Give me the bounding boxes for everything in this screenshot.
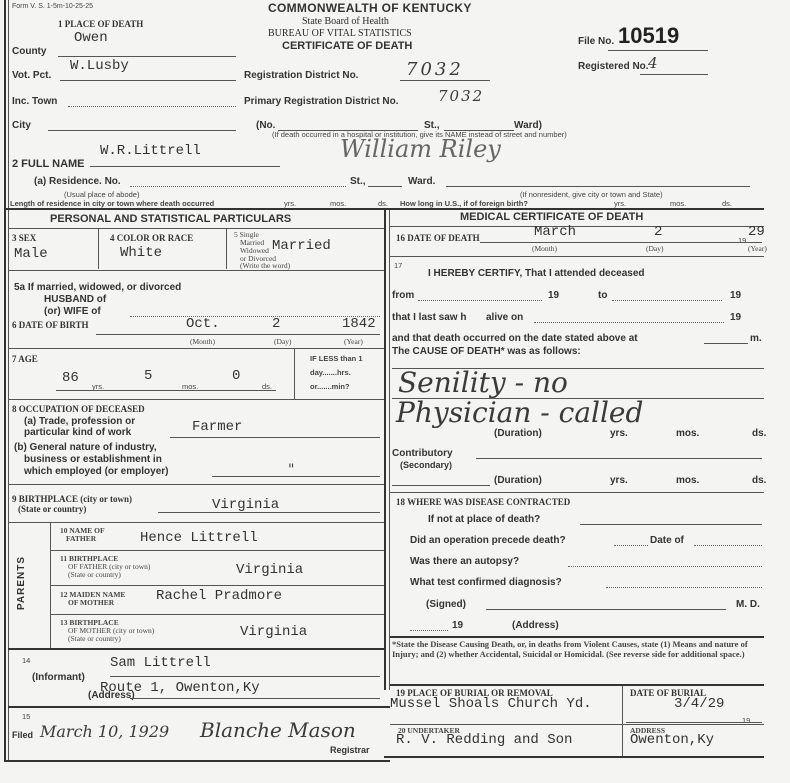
cause-duration-yrs: yrs.	[610, 428, 628, 439]
autopsy-label: Was there an autopsy?	[410, 556, 519, 567]
dob-label: 6 DATE OF BIRTH	[12, 320, 88, 330]
father-bp-label-3: (State or country)	[68, 570, 121, 579]
not-at-place-label: If not at place of death?	[428, 514, 540, 525]
birthplace-label-2: (State or country)	[18, 504, 86, 514]
to-line	[612, 300, 722, 301]
file-no-value: 10519	[618, 23, 679, 49]
contributory-line	[476, 458, 762, 459]
document-bottom-rule	[4, 760, 390, 762]
date-of-label: Date of	[650, 535, 684, 546]
informant-bottom-rule	[8, 706, 390, 708]
informant-label: (Informant)	[32, 672, 85, 683]
burial-date-value: 3/4/29	[674, 696, 724, 712]
mother-name-value: Rachel Pradmore	[156, 588, 282, 604]
contrib-duration-mos: mos.	[676, 475, 699, 486]
birthplace-row-rule	[8, 522, 384, 523]
registered-no-value: 4	[648, 54, 658, 72]
dob-year: 1842	[342, 316, 376, 332]
from-line	[418, 300, 542, 301]
personal-section-title: PERSONAL AND STATISTICAL PARTICULARS	[50, 213, 291, 225]
from-label: from	[392, 290, 414, 301]
birthplace-value: Virginia	[212, 497, 279, 513]
full-name-handwritten: William Riley	[340, 135, 501, 163]
filed-label: Filed	[12, 730, 33, 740]
header-bottom-rule	[4, 208, 764, 210]
dob-row-rule	[8, 348, 384, 349]
mother-name-label-2: OF MOTHER	[68, 598, 114, 607]
sex-value: Male	[14, 246, 48, 262]
trade-label-2: particular kind of work	[24, 427, 131, 438]
dod-month-sub: (Month)	[532, 244, 557, 253]
informant-name: Sam Littrell	[110, 655, 211, 671]
dod-month: March	[534, 224, 576, 240]
center-divider-inner	[389, 208, 390, 690]
burial-bottom-rule	[384, 756, 764, 758]
reg-district-line	[400, 80, 490, 81]
signed-label: (Signed)	[426, 599, 466, 610]
medical-section-title: MEDICAL CERTIFICATE OF DEATH	[460, 211, 643, 223]
city-label: City	[12, 120, 31, 131]
residence-label: (a) Residence. No.	[34, 176, 121, 187]
reg-district-label: Registration District No.	[244, 70, 358, 81]
foreign-yrs: yrs.	[614, 199, 626, 208]
full-name-label: 2 FULL NAME	[12, 158, 85, 170]
sex-divider	[98, 229, 99, 269]
address-rule	[390, 636, 764, 638]
date-of-line	[694, 545, 762, 546]
registered-no-line	[640, 74, 708, 75]
age-label: 7 AGE	[12, 354, 38, 364]
certify-text: I HEREBY CERTIFY, That I attended deceas…	[428, 268, 645, 279]
not-at-place-line	[580, 524, 762, 525]
age-yrs: 86	[62, 370, 79, 386]
death-occurred-label: and that death occurred on the date stat…	[392, 333, 638, 344]
dod-year-sub: (Year)	[748, 244, 767, 253]
vot-pct-line	[60, 80, 236, 81]
registrar-signature: Blanche Mason	[200, 718, 356, 742]
footnote: *State the Disease Causing Death, or, in…	[392, 640, 760, 659]
length-ds: ds.	[378, 199, 388, 208]
contrib-duration-label: (Duration)	[494, 475, 542, 486]
burial-date-line	[626, 722, 762, 723]
length-of-residence-label: Length of residence in city or town wher…	[10, 199, 214, 208]
dod-day-sub: (Day)	[646, 244, 664, 253]
filed-date: March 10, 1929	[40, 722, 169, 741]
parents-bottom-rule	[8, 648, 384, 650]
board-title: State Board of Health	[302, 16, 389, 27]
father-name-label-2: FATHER	[66, 534, 96, 543]
vot-pct-value: W.Lusby	[70, 58, 129, 74]
filed-num: 15	[22, 712, 30, 721]
registrar-label: Registrar	[330, 745, 370, 755]
industry-label-3: which employed (or employer)	[24, 466, 168, 477]
dod-line	[480, 242, 762, 243]
spouse-label-3: (or) WIFE of	[44, 306, 101, 317]
or-min: or.......min?	[310, 382, 350, 391]
address-19: 19	[452, 620, 463, 631]
color-value: White	[120, 245, 162, 261]
mother-bp-label-3: (State or country)	[68, 634, 121, 643]
foreign-ds: ds.	[722, 199, 732, 208]
marital-value: Married	[272, 238, 331, 254]
informant-line	[110, 676, 380, 677]
color-divider	[226, 229, 227, 269]
age-line	[56, 390, 276, 391]
operation-label: Did an operation precede death?	[410, 535, 566, 546]
informant-address-line	[130, 698, 380, 699]
less-than-1: IF LESS than 1	[310, 354, 363, 363]
to-19: 19	[730, 290, 741, 301]
contributory-label: Contributory	[392, 448, 453, 459]
personal-title-rule	[8, 228, 384, 229]
marital-label-4: (Write the word)	[240, 261, 290, 270]
contracted-label: 18 WHERE WAS DISEASE CONTRACTED	[396, 497, 570, 507]
medical-title-rule	[390, 226, 764, 227]
length-mos: mos.	[330, 199, 346, 208]
residence-ward-label: Ward.	[408, 176, 435, 187]
residence-ward-value-line	[446, 186, 750, 187]
alive-on-line	[534, 322, 724, 323]
father-bp-value: Virginia	[236, 562, 303, 578]
parents-side-label: PARENTS	[16, 556, 27, 610]
death-time-line	[704, 343, 748, 344]
age-mos: 5	[144, 368, 152, 384]
full-name-line	[90, 166, 280, 167]
test-line	[606, 587, 762, 588]
secondary-label: (Secondary)	[400, 460, 452, 470]
trade-label-1: (a) Trade, profession or	[24, 416, 135, 427]
dod-year: 29	[748, 224, 765, 240]
residence-sub: (Usual place of abode)	[64, 190, 139, 199]
informant-num: 14	[22, 656, 30, 665]
form-number: Form V. S. 1-5m-10-25-25	[12, 3, 93, 10]
contrib-duration-yrs: yrs.	[610, 475, 628, 486]
county-line	[58, 56, 236, 57]
nonresident-note: (If nonresident, give city or town and S…	[520, 190, 663, 199]
dob-year-sub: (Year)	[344, 337, 363, 346]
residence-ward-line	[368, 186, 402, 187]
dob-day-sub: (Day)	[274, 337, 292, 346]
primary-reg-district-label: Primary Registration District No.	[244, 96, 398, 107]
city-line	[48, 130, 236, 131]
cause-duration-ds: ds.	[752, 428, 766, 439]
reg-district-value: 7032	[406, 59, 464, 80]
birthplace-label-1: 9 BIRTHPLACE (city or town)	[12, 494, 132, 504]
occupation-row-rule	[8, 484, 384, 485]
duration-rule	[390, 492, 764, 493]
dod-year-prefix: 19	[738, 236, 746, 245]
sex-label: 3 SEX	[12, 233, 36, 243]
day-hrs: day.......hrs.	[310, 368, 351, 377]
address-date-line	[410, 630, 448, 631]
inc-town-line	[68, 106, 236, 107]
parents-divider	[50, 522, 51, 650]
industry-line	[212, 476, 380, 477]
autopsy-line	[568, 566, 762, 567]
undertaker-value: R. V. Redding and Son	[396, 732, 572, 748]
left-border-inner	[8, 0, 9, 760]
operation-line	[614, 545, 648, 546]
color-label: 4 COLOR OR RACE	[110, 233, 193, 243]
cause-duration-label: (Duration)	[494, 428, 542, 439]
state-title: COMMONWEALTH OF KENTUCKY	[268, 1, 472, 15]
informant-address: Route 1, Owenton,Ky	[100, 680, 260, 696]
contrib-duration-ds: ds.	[752, 475, 766, 486]
dob-month: Oct.	[186, 316, 220, 332]
industry-label-1: (b) General nature of industry,	[14, 442, 157, 453]
age-divider	[294, 349, 295, 399]
dob-month-sub: (Month)	[190, 337, 215, 346]
trade-line	[170, 437, 380, 438]
father-bp-rule	[50, 585, 384, 586]
test-label: What test confirmed diagnosis?	[410, 577, 562, 588]
father-name-rule	[50, 550, 384, 551]
inc-town-label: Inc. Town	[12, 96, 57, 107]
signed-line	[486, 609, 726, 610]
cause-line-1-value: Senility - no	[398, 366, 568, 399]
sex-row-rule	[8, 270, 384, 271]
contributory-duration-line	[392, 485, 490, 486]
residence-line	[130, 186, 346, 187]
burial-place-value: Mussel Shoals Church Yd.	[390, 696, 592, 712]
place-of-death-heading: 1 PLACE OF DEATH	[58, 19, 143, 29]
md-label: M. D.	[736, 599, 760, 610]
certificate-title: CERTIFICATE OF DEATH	[282, 40, 412, 52]
length-yrs: yrs.	[284, 199, 296, 208]
spouse-label-2: HUSBAND of	[44, 294, 106, 305]
occupation-label: 8 OCCUPATION OF DECEASED	[12, 404, 145, 414]
address-label: (Address)	[512, 620, 559, 631]
registered-no-label: Registered No.	[578, 61, 649, 72]
undertaker-address-value: Owenton,Ky	[630, 732, 714, 748]
dod-day: 2	[654, 224, 662, 240]
bureau-title: BUREAU OF VITAL STATISTICS	[268, 28, 412, 39]
file-no-line	[608, 50, 708, 51]
dod-label: 16 DATE OF DEATH	[396, 233, 480, 243]
dob-day: 2	[272, 316, 280, 332]
mother-bp-value: Virginia	[240, 624, 307, 640]
primary-reg-district-value: 7032	[438, 87, 484, 105]
cause-line-2-value: Physician - called	[396, 396, 643, 429]
residence-st-label: St.,	[350, 176, 366, 187]
file-no-label: File No.	[578, 36, 614, 47]
left-border	[4, 0, 6, 760]
father-name-value: Hence Littrell	[140, 530, 258, 546]
trade-value: Farmer	[192, 419, 242, 435]
dod-rule	[390, 256, 764, 257]
industry-label-2: business or establishment in	[24, 454, 162, 465]
burial-mid-rule	[390, 724, 764, 725]
center-divider	[384, 208, 386, 690]
full-name-typed: W.R.Littrell	[100, 143, 201, 159]
alive-on-label: alive on	[486, 312, 523, 323]
cause-label: The CAUSE OF DEATH* was as follows:	[392, 346, 581, 357]
burial-top-rule	[390, 684, 764, 686]
age-row-rule	[8, 399, 384, 400]
dob-line	[96, 334, 380, 335]
burial-divider	[622, 686, 623, 756]
vot-pct-label: Vot. Pct.	[12, 70, 51, 81]
m-label: m.	[750, 333, 762, 344]
from-19: 19	[548, 290, 559, 301]
foreign-mos: mos.	[670, 199, 686, 208]
age-ds: 0	[232, 368, 240, 384]
last-saw-label: that I last saw h	[392, 312, 466, 323]
county-value: Owen	[74, 30, 108, 46]
alive-19: 19	[730, 312, 741, 323]
how-long-label: How long in U.S., if of foreign birth?	[400, 199, 528, 208]
county-label: County	[12, 46, 46, 57]
num17: 17	[394, 261, 402, 270]
cause-duration-mos: mos.	[676, 428, 699, 439]
to-label: to	[598, 290, 607, 301]
spouse-label-1: 5a If married, widowed, or divorced	[14, 282, 181, 293]
mother-name-rule	[50, 614, 384, 615]
birthplace-line	[158, 512, 380, 513]
